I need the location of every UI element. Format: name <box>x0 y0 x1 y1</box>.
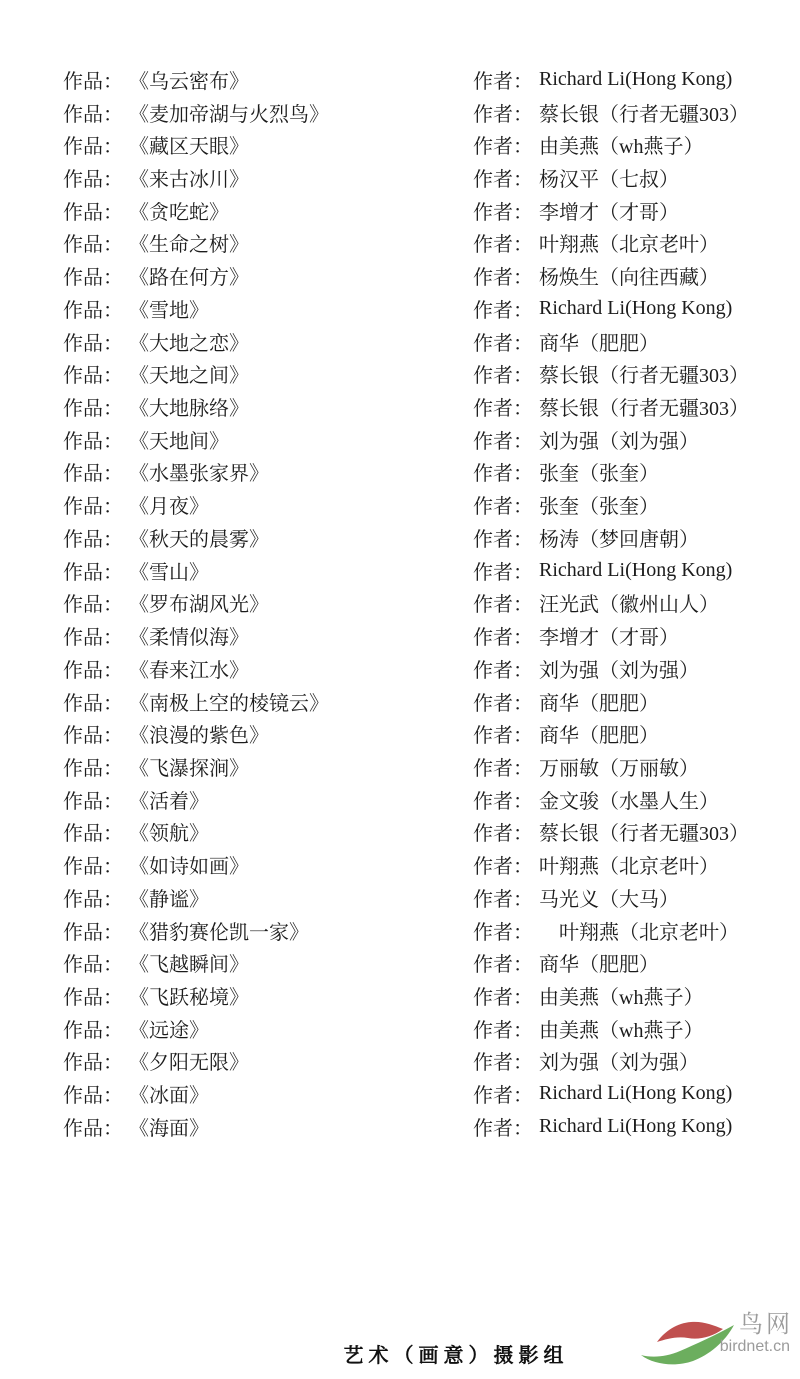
author-label: 作者： <box>473 98 533 127</box>
birdnet-logo: 鸟网 birdnet.cn <box>638 1294 800 1376</box>
list-item: 作品： 《麦加帝湖与火烈鸟》 作者： 蔡长银（行者无疆303） <box>63 96 800 129</box>
author-name: Richard Li(Hong Kong) <box>539 1082 732 1105</box>
work-title: 《领航》 <box>129 817 209 846</box>
author-name: 汪光武（徽州山人） <box>539 588 719 617</box>
author-name: Richard Li(Hong Kong) <box>539 559 732 582</box>
work-cell: 作品： 《活着》 <box>63 785 473 814</box>
work-cell: 作品： 《浪漫的紫色》 <box>63 719 473 748</box>
work-label: 作品： <box>63 196 123 225</box>
author-label: 作者： <box>473 588 533 617</box>
author-cell: 作者： 李增才（才哥） <box>473 196 800 225</box>
author-cell: 作者： 商华（肥肥） <box>473 948 800 977</box>
list-item: 作品： 《雪地》 作者： Richard Li(Hong Kong) <box>63 292 800 325</box>
work-title: 《水墨张家界》 <box>129 457 269 486</box>
author-label: 作者： <box>473 425 533 454</box>
author-name: 由美燕（wh燕子） <box>539 1014 703 1043</box>
work-title: 《生命之树》 <box>129 228 249 257</box>
author-name: 万丽敏（万丽敏） <box>539 752 699 781</box>
work-label: 作品： <box>63 556 123 585</box>
work-title: 《静谧》 <box>129 883 209 912</box>
author-name: 蔡长银（行者无疆303） <box>539 98 749 127</box>
author-name: Richard Li(Hong Kong) <box>539 1115 732 1138</box>
author-label: 作者： <box>473 294 533 323</box>
award-list-page: 作品： 《乌云密布》 作者： Richard Li(Hong Kong) 作品：… <box>0 0 800 1379</box>
author-name: 张奎（张奎） <box>539 457 659 486</box>
list-item: 作品： 《飞越瞬间》 作者： 商华（肥肥） <box>63 946 800 979</box>
work-cell: 作品： 《罗布湖风光》 <box>63 588 473 617</box>
author-name: Richard Li(Hong Kong) <box>539 68 732 91</box>
work-title: 《如诗如画》 <box>129 850 249 879</box>
author-label: 作者： <box>473 196 533 225</box>
work-title: 《夕阳无限》 <box>129 1046 249 1075</box>
work-label: 作品： <box>63 850 123 879</box>
author-name: 商华（肥肥） <box>539 719 659 748</box>
work-label: 作品： <box>63 327 123 356</box>
work-cell: 作品： 《海面》 <box>63 1112 473 1141</box>
author-label: 作者： <box>473 359 533 388</box>
author-cell: 作者： Richard Li(Hong Kong) <box>473 294 800 323</box>
author-name: 蔡长银（行者无疆303） <box>539 817 749 846</box>
work-cell: 作品： 《飞越瞬间》 <box>63 948 473 977</box>
work-cell: 作品： 《大地脉络》 <box>63 392 473 421</box>
author-name: 商华（肥肥） <box>539 687 659 716</box>
author-cell: 作者： 蔡长银（行者无疆303） <box>473 359 800 388</box>
work-label: 作品： <box>63 916 123 945</box>
work-label: 作品： <box>63 425 123 454</box>
work-title: 《海面》 <box>129 1112 209 1141</box>
author-cell: 作者： 蔡长银（行者无疆303） <box>473 392 800 421</box>
author-cell: 作者： 由美燕（wh燕子） <box>473 981 800 1010</box>
work-cell: 作品： 《来古冰川》 <box>63 163 473 192</box>
work-label: 作品： <box>63 1112 123 1141</box>
author-cell: 作者： 商华（肥肥） <box>473 687 800 716</box>
author-cell: 作者： Richard Li(Hong Kong) <box>473 1112 800 1141</box>
work-cell: 作品： 《南极上空的棱镜云》 <box>63 687 473 716</box>
author-name: 李增才（才哥） <box>539 621 679 650</box>
work-title: 《藏区天眼》 <box>129 130 249 159</box>
list-item: 作品： 《飞跃秘境》 作者： 由美燕（wh燕子） <box>63 979 800 1012</box>
list-item: 作品： 《藏区天眼》 作者： 由美燕（wh燕子） <box>63 128 800 161</box>
work-cell: 作品： 《水墨张家界》 <box>63 457 473 486</box>
list-item: 作品： 《雪山》 作者： Richard Li(Hong Kong) <box>63 554 800 587</box>
work-cell: 作品： 《夕阳无限》 <box>63 1046 473 1075</box>
work-label: 作品： <box>63 588 123 617</box>
work-cell: 作品： 《藏区天眼》 <box>63 130 473 159</box>
work-title: 《雪山》 <box>129 556 209 585</box>
work-label: 作品： <box>63 1046 123 1075</box>
work-title: 《麦加帝湖与火烈鸟》 <box>129 98 329 127</box>
author-name: 张奎（张奎） <box>539 490 659 519</box>
author-name: Richard Li(Hong Kong) <box>539 297 732 320</box>
list-item: 作品： 《贪吃蛇》 作者： 李增才（才哥） <box>63 194 800 227</box>
author-cell: 作者： 由美燕（wh燕子） <box>473 1014 800 1043</box>
work-label: 作品： <box>63 654 123 683</box>
list-item: 作品： 《大地脉络》 作者： 蔡长银（行者无疆303） <box>63 390 800 423</box>
author-label: 作者： <box>473 916 533 945</box>
author-name: 蔡长银（行者无疆303） <box>539 392 749 421</box>
author-name: 杨汉平（七叔） <box>539 163 679 192</box>
work-cell: 作品： 《乌云密布》 <box>63 65 473 94</box>
author-name: 蔡长银（行者无疆303） <box>539 359 749 388</box>
list-item: 作品： 《生命之树》 作者： 叶翔燕（北京老叶） <box>63 227 800 260</box>
work-label: 作品： <box>63 523 123 552</box>
author-label: 作者： <box>473 948 533 977</box>
author-cell: 作者： 杨涛（梦回唐朝） <box>473 523 800 552</box>
author-cell: 作者： 李增才（才哥） <box>473 621 800 650</box>
work-label: 作品： <box>63 1079 123 1108</box>
author-label: 作者： <box>473 687 533 716</box>
work-title: 《路在何方》 <box>129 261 249 290</box>
author-name: 叶翔燕（北京老叶） <box>539 228 719 257</box>
work-title: 《活着》 <box>129 785 209 814</box>
author-cell: 作者： 张奎（张奎） <box>473 490 800 519</box>
author-name: 刘为强（刘为强） <box>539 425 699 454</box>
work-label: 作品： <box>63 457 123 486</box>
list-item: 作品： 《南极上空的棱镜云》 作者： 商华（肥肥） <box>63 685 800 718</box>
author-cell: 作者： Richard Li(Hong Kong) <box>473 65 800 94</box>
author-name: 商华（肥肥） <box>539 948 659 977</box>
author-cell: 作者： 汪光武（徽州山人） <box>473 588 800 617</box>
list-item: 作品： 《冰面》 作者： Richard Li(Hong Kong) <box>63 1077 800 1110</box>
work-label: 作品： <box>63 359 123 388</box>
work-title: 《南极上空的棱镜云》 <box>129 687 329 716</box>
work-cell: 作品： 《柔情似海》 <box>63 621 473 650</box>
work-title: 《秋天的晨雾》 <box>129 523 269 552</box>
work-cell: 作品： 《路在何方》 <box>63 261 473 290</box>
work-title: 《天地之间》 <box>129 359 249 388</box>
author-cell: 作者： 叶翔燕（北京老叶） <box>473 228 800 257</box>
list-item: 作品： 《猎豹赛伦凯一家》 作者： 叶翔燕（北京老叶） <box>63 914 800 947</box>
author-cell: 作者： 刘为强（刘为强） <box>473 1046 800 1075</box>
author-cell: 作者： 蔡长银（行者无疆303） <box>473 98 800 127</box>
author-name: 由美燕（wh燕子） <box>539 130 703 159</box>
list-item: 作品： 《水墨张家界》 作者： 张奎（张奎） <box>63 456 800 489</box>
author-name: 杨焕生（向往西藏） <box>539 261 719 290</box>
work-cell: 作品： 《大地之恋》 <box>63 327 473 356</box>
author-cell: 作者： Richard Li(Hong Kong) <box>473 1079 800 1108</box>
work-label: 作品： <box>63 948 123 977</box>
author-cell: 作者： Richard Li(Hong Kong) <box>473 556 800 585</box>
list-item: 作品： 《来古冰川》 作者： 杨汉平（七叔） <box>63 161 800 194</box>
work-label: 作品： <box>63 163 123 192</box>
author-cell: 作者： 叶翔燕（北京老叶） <box>473 916 800 945</box>
author-label: 作者： <box>473 457 533 486</box>
author-label: 作者： <box>473 981 533 1010</box>
author-name: 叶翔燕（北京老叶） <box>539 850 719 879</box>
author-name: 杨涛（梦回唐朝） <box>539 523 699 552</box>
list-item: 作品： 《飞瀑探涧》 作者： 万丽敏（万丽敏） <box>63 750 800 783</box>
work-cell: 作品： 《麦加帝湖与火烈鸟》 <box>63 98 473 127</box>
author-label: 作者： <box>473 621 533 650</box>
work-cell: 作品： 《天地之间》 <box>63 359 473 388</box>
list-item: 作品： 《天地之间》 作者： 蔡长银（行者无疆303） <box>63 357 800 390</box>
list-item: 作品： 《秋天的晨雾》 作者： 杨涛（梦回唐朝） <box>63 521 800 554</box>
work-title: 《雪地》 <box>129 294 209 323</box>
work-title: 《浪漫的紫色》 <box>129 719 269 748</box>
work-label: 作品： <box>63 65 123 94</box>
author-label: 作者： <box>473 785 533 814</box>
work-label: 作品： <box>63 981 123 1010</box>
work-title: 《冰面》 <box>129 1079 209 1108</box>
work-cell: 作品： 《生命之树》 <box>63 228 473 257</box>
author-label: 作者： <box>473 752 533 781</box>
list-item: 作品： 《远途》 作者： 由美燕（wh燕子） <box>63 1012 800 1045</box>
work-cell: 作品： 《如诗如画》 <box>63 850 473 879</box>
author-label: 作者： <box>473 556 533 585</box>
work-cell: 作品： 《秋天的晨雾》 <box>63 523 473 552</box>
work-title: 《来古冰川》 <box>129 163 249 192</box>
work-label: 作品： <box>63 621 123 650</box>
author-name: 商华（肥肥） <box>539 327 659 356</box>
author-label: 作者： <box>473 654 533 683</box>
author-name: 金文骏（水墨人生） <box>539 785 719 814</box>
author-label: 作者： <box>473 490 533 519</box>
author-label: 作者： <box>473 1079 533 1108</box>
list-item: 作品： 《如诗如画》 作者： 叶翔燕（北京老叶） <box>63 848 800 881</box>
author-cell: 作者： 张奎（张奎） <box>473 457 800 486</box>
author-label: 作者： <box>473 1046 533 1075</box>
work-label: 作品： <box>63 392 123 421</box>
author-label: 作者： <box>473 65 533 94</box>
author-label: 作者： <box>473 163 533 192</box>
author-cell: 作者： 蔡长银（行者无疆303） <box>473 817 800 846</box>
author-cell: 作者： 马光义（大马） <box>473 883 800 912</box>
work-title: 《远途》 <box>129 1014 209 1043</box>
author-label: 作者： <box>473 392 533 421</box>
author-cell: 作者： 刘为强（刘为强） <box>473 425 800 454</box>
list-item: 作品： 《浪漫的紫色》 作者： 商华（肥肥） <box>63 717 800 750</box>
work-cell: 作品： 《冰面》 <box>63 1079 473 1108</box>
work-cell: 作品： 《飞跃秘境》 <box>63 981 473 1010</box>
list-item: 作品： 《柔情似海》 作者： 李增才（才哥） <box>63 619 800 652</box>
list-item: 作品： 《领航》 作者： 蔡长银（行者无疆303） <box>63 816 800 849</box>
work-title: 《飞瀑探涧》 <box>129 752 249 781</box>
author-label: 作者： <box>473 883 533 912</box>
list-item: 作品： 《海面》 作者： Richard Li(Hong Kong) <box>63 1110 800 1143</box>
work-label: 作品： <box>63 294 123 323</box>
work-cell: 作品： 《月夜》 <box>63 490 473 519</box>
work-cell: 作品： 《远途》 <box>63 1014 473 1043</box>
list-item: 作品： 《路在何方》 作者： 杨焕生（向往西藏） <box>63 259 800 292</box>
work-cell: 作品： 《静谧》 <box>63 883 473 912</box>
work-cell: 作品： 《天地间》 <box>63 425 473 454</box>
work-cell: 作品： 《猎豹赛伦凯一家》 <box>63 916 473 945</box>
author-name: 叶翔燕（北京老叶） <box>539 916 739 945</box>
work-cell: 作品： 《飞瀑探涧》 <box>63 752 473 781</box>
author-name: 刘为强（刘为强） <box>539 1046 699 1075</box>
work-title: 《月夜》 <box>129 490 209 519</box>
work-cell: 作品： 《贪吃蛇》 <box>63 196 473 225</box>
author-cell: 作者： 由美燕（wh燕子） <box>473 130 800 159</box>
work-title: 《飞越瞬间》 <box>129 948 249 977</box>
list-item: 作品： 《夕阳无限》 作者： 刘为强（刘为强） <box>63 1045 800 1078</box>
work-title: 《春来江水》 <box>129 654 249 683</box>
author-cell: 作者： 商华（肥肥） <box>473 327 800 356</box>
author-cell: 作者： 金文骏（水墨人生） <box>473 785 800 814</box>
author-name: 刘为强（刘为强） <box>539 654 699 683</box>
author-label: 作者： <box>473 1014 533 1043</box>
author-name: 由美燕（wh燕子） <box>539 981 703 1010</box>
work-label: 作品： <box>63 785 123 814</box>
author-name: 马光义（大马） <box>539 883 679 912</box>
list-item: 作品： 《乌云密布》 作者： Richard Li(Hong Kong) <box>63 63 800 96</box>
author-name: 李增才（才哥） <box>539 196 679 225</box>
logo-site-domain: birdnet.cn <box>720 1337 790 1356</box>
work-label: 作品： <box>63 490 123 519</box>
list-item: 作品： 《罗布湖风光》 作者： 汪光武（徽州山人） <box>63 587 800 620</box>
author-cell: 作者： 杨汉平（七叔） <box>473 163 800 192</box>
work-title: 《猎豹赛伦凯一家》 <box>129 916 309 945</box>
work-cell: 作品： 《春来江水》 <box>63 654 473 683</box>
author-label: 作者： <box>473 261 533 290</box>
work-cell: 作品： 《领航》 <box>63 817 473 846</box>
author-cell: 作者： 商华（肥肥） <box>473 719 800 748</box>
author-label: 作者： <box>473 130 533 159</box>
work-title: 《罗布湖风光》 <box>129 588 269 617</box>
work-title: 《飞跃秘境》 <box>129 981 249 1010</box>
work-cell: 作品： 《雪地》 <box>63 294 473 323</box>
author-cell: 作者： 杨焕生（向往西藏） <box>473 261 800 290</box>
logo-site-name: 鸟网 <box>720 1312 793 1337</box>
work-label: 作品： <box>63 228 123 257</box>
work-label: 作品： <box>63 98 123 127</box>
author-label: 作者： <box>473 1112 533 1141</box>
work-title: 《贪吃蛇》 <box>129 196 229 225</box>
author-label: 作者： <box>473 523 533 552</box>
work-label: 作品： <box>63 261 123 290</box>
list-item: 作品： 《静谧》 作者： 马光义（大马） <box>63 881 800 914</box>
work-title: 《乌云密布》 <box>129 65 249 94</box>
author-cell: 作者： 刘为强（刘为强） <box>473 654 800 683</box>
author-label: 作者： <box>473 228 533 257</box>
logo-text: 鸟网 birdnet.cn <box>720 1312 790 1356</box>
work-title: 《天地间》 <box>129 425 229 454</box>
author-label: 作者： <box>473 817 533 846</box>
author-cell: 作者： 叶翔燕（北京老叶） <box>473 850 800 879</box>
work-label: 作品： <box>63 719 123 748</box>
work-label: 作品： <box>63 1014 123 1043</box>
author-label: 作者： <box>473 850 533 879</box>
work-label: 作品： <box>63 883 123 912</box>
works-authors-list: 作品： 《乌云密布》 作者： Richard Li(Hong Kong) 作品：… <box>63 63 800 1143</box>
list-item: 作品： 《春来江水》 作者： 刘为强（刘为强） <box>63 652 800 685</box>
list-item: 作品： 《活着》 作者： 金文骏（水墨人生） <box>63 783 800 816</box>
author-cell: 作者： 万丽敏（万丽敏） <box>473 752 800 781</box>
work-title: 《大地之恋》 <box>129 327 249 356</box>
author-label: 作者： <box>473 327 533 356</box>
list-item: 作品： 《天地间》 作者： 刘为强（刘为强） <box>63 423 800 456</box>
work-label: 作品： <box>63 687 123 716</box>
work-label: 作品： <box>63 752 123 781</box>
work-title: 《柔情似海》 <box>129 621 249 650</box>
author-label: 作者： <box>473 719 533 748</box>
work-title: 《大地脉络》 <box>129 392 249 421</box>
list-item: 作品： 《月夜》 作者： 张奎（张奎） <box>63 488 800 521</box>
work-label: 作品： <box>63 817 123 846</box>
work-label: 作品： <box>63 130 123 159</box>
list-item: 作品： 《大地之恋》 作者： 商华（肥肥） <box>63 325 800 358</box>
work-cell: 作品： 《雪山》 <box>63 556 473 585</box>
